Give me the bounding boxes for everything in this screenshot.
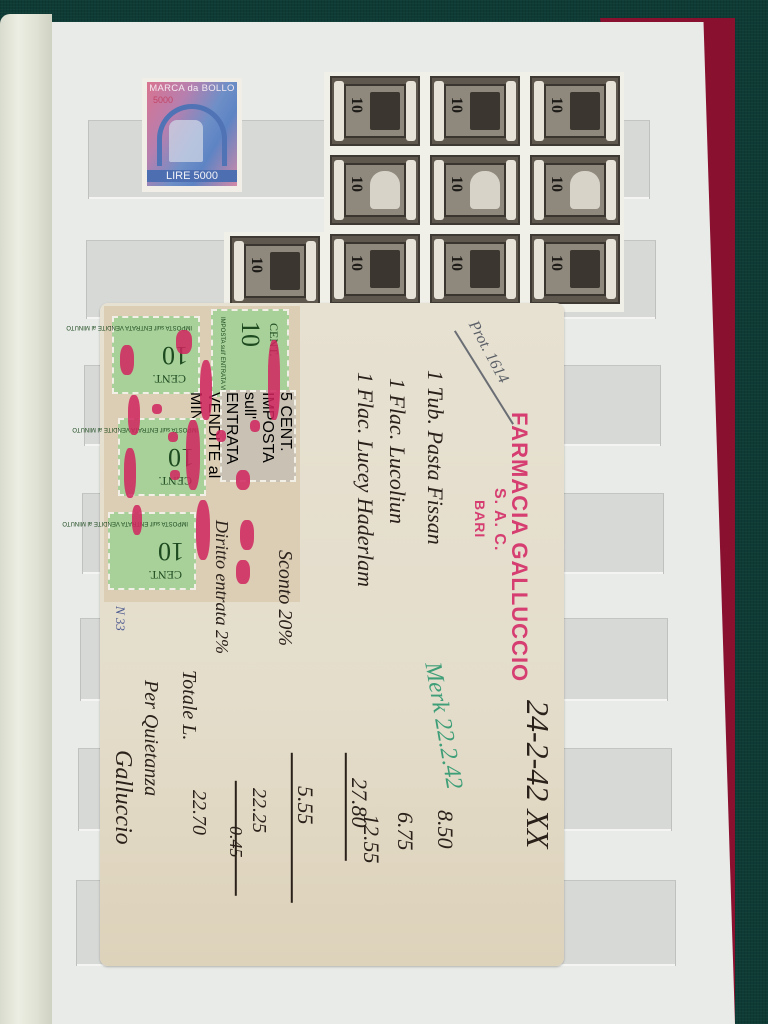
rule-subtotal [345, 753, 347, 861]
legend-scroll [406, 239, 416, 299]
after-discount: 22.25 [247, 788, 270, 833]
legend-scroll [334, 239, 344, 299]
stamp-value: 10 [447, 176, 465, 192]
cancellation-ink [268, 340, 280, 420]
item-amount: 8.50 [432, 810, 458, 849]
revenue-stamp-10-lire: 10 [530, 234, 620, 304]
revenue-stamp-10-lire: 10 [430, 155, 520, 225]
cancellation-ink [120, 345, 134, 375]
pharmacy-stamp-header: FARMACIA GALLUCCIO [506, 412, 532, 682]
revenue-stamp-10-lire: 10 [430, 234, 520, 304]
stamp-vignette [570, 92, 600, 130]
legend-scroll [406, 81, 416, 141]
stamp-title: MARCA da BOLLO [147, 83, 237, 94]
imposta-entrata-stamp: 10 CENT. IMPOSTA sull' ENTRATA VENDITE a… [108, 512, 196, 590]
sconto-value: 5.55 [292, 786, 318, 825]
stamp-value-top: 5000 [153, 95, 173, 105]
cancellation-ink [216, 430, 226, 442]
item-line: 1 Flac. Lucoliun [384, 378, 410, 524]
revenue-stamp-10-lire: 10 [330, 234, 420, 304]
stamp-unit: CENT. [149, 567, 182, 582]
stamp-value: 10 [235, 321, 265, 347]
cancellation-ink [176, 330, 192, 354]
cancellation-ink [186, 420, 200, 490]
cancellation-ink [132, 505, 142, 535]
statue-design [169, 120, 203, 162]
cancellation-ink [124, 448, 136, 498]
cancellation-ink [128, 395, 140, 435]
legend-scroll [334, 160, 344, 220]
stamp-vignette [370, 171, 400, 209]
tax-label: Diritto entrata 2% [211, 520, 232, 654]
cancellation-ink [168, 432, 178, 442]
legend-scroll [234, 241, 244, 301]
stamp-legend: IMPOSTA sull' ENTRATA VENDITE al MINUTO [66, 324, 192, 330]
stamp-vignette [270, 252, 300, 290]
pharmacy-stamp-city: BARI [472, 500, 488, 538]
cancellation-ink [236, 560, 250, 584]
stamp-value: 10 [347, 97, 365, 113]
stamp-vignette [470, 171, 500, 209]
doc-number: N 33 [112, 606, 128, 631]
cancellation-ink [240, 520, 254, 550]
stamp-unit: CENT. [153, 371, 186, 386]
pharmacy-stamp-sub: S. A. C. [490, 488, 508, 551]
total-value: 22.70 [187, 790, 210, 835]
cancellation-ink [236, 470, 250, 490]
cancellation-ink [152, 404, 162, 414]
signature-label: Per Quietanza [139, 680, 162, 796]
item-amount: 6.75 [392, 812, 418, 851]
stamp-vignette [470, 250, 500, 288]
legend-scroll [534, 239, 544, 299]
legend-scroll [506, 160, 516, 220]
stamp-value: 10 [547, 97, 565, 113]
stamp-value: 10 [547, 255, 565, 271]
stamp-marca-da-bollo: MARCA da BOLLO 5000 LIRE 5000 [142, 78, 242, 192]
legend-scroll [434, 239, 444, 299]
revenue-stamp-10-lire: 10 [430, 76, 520, 146]
stamp-value: 10 [347, 176, 365, 192]
stamp-value: 10 [247, 257, 265, 273]
rule-sconto [291, 753, 293, 903]
legend-scroll [534, 160, 544, 220]
stamp-value-bottom: LIRE 5000 [147, 170, 237, 182]
total-label: Totale L. [177, 670, 200, 740]
legend-scroll [434, 160, 444, 220]
legend-scroll [506, 239, 516, 299]
stamp-vignette [570, 171, 600, 209]
signature: Galluccio [109, 750, 136, 845]
cancellation-ink [250, 420, 260, 432]
item-line: 1 Flac. Lucey Haderlam [352, 372, 378, 587]
revenue-stamp-10-lire: 10 [230, 236, 320, 306]
legend-scroll [434, 81, 444, 141]
legend-scroll [406, 160, 416, 220]
legend-scroll [606, 81, 616, 141]
cancellation-ink [170, 470, 180, 480]
legend-scroll [506, 81, 516, 141]
stamp-value: 10 [158, 536, 184, 566]
revenue-stamp-10-lire: 10 [530, 76, 620, 146]
revenue-stamp-10-lire: 10 [330, 76, 420, 146]
stamp-unit: CENT. [277, 405, 294, 451]
date: 24-2-42 XX [519, 700, 556, 848]
sconto-label: Sconto 20% [273, 550, 296, 646]
legend-scroll [534, 81, 544, 141]
stamp-vignette [370, 92, 400, 130]
imposta-entrata-stamp: 5 CENT. IMPOSTA sull' ENTRATA VENDITE al… [220, 390, 296, 482]
rule-tax [235, 781, 237, 896]
stamp-value: 10 [347, 255, 365, 271]
subtotal: 27.80 [346, 778, 372, 828]
stamp-legend: IMPOSTA sull' ENTRATA VENDITE al MINUTO [62, 520, 188, 526]
stamp-vignette [570, 250, 600, 288]
legend-scroll [334, 81, 344, 141]
stamp-value: 10 [447, 255, 465, 271]
cancellation-ink [200, 360, 212, 420]
stamp-value: 10 [547, 176, 565, 192]
legend-scroll [306, 241, 316, 301]
revenue-stamp-10-lire: 10 [330, 155, 420, 225]
legend-scroll [606, 239, 616, 299]
legend-scroll [606, 160, 616, 220]
cancellation-ink [196, 500, 210, 560]
stamp-vignette [370, 250, 400, 288]
glassine-interleaf [0, 14, 52, 1024]
revenue-stamp-10-lire: 10 [530, 155, 620, 225]
stamp-value: 10 [447, 97, 465, 113]
item-line: 1 Tub. Pasta Fissan [422, 370, 448, 545]
stamp-vignette [470, 92, 500, 130]
